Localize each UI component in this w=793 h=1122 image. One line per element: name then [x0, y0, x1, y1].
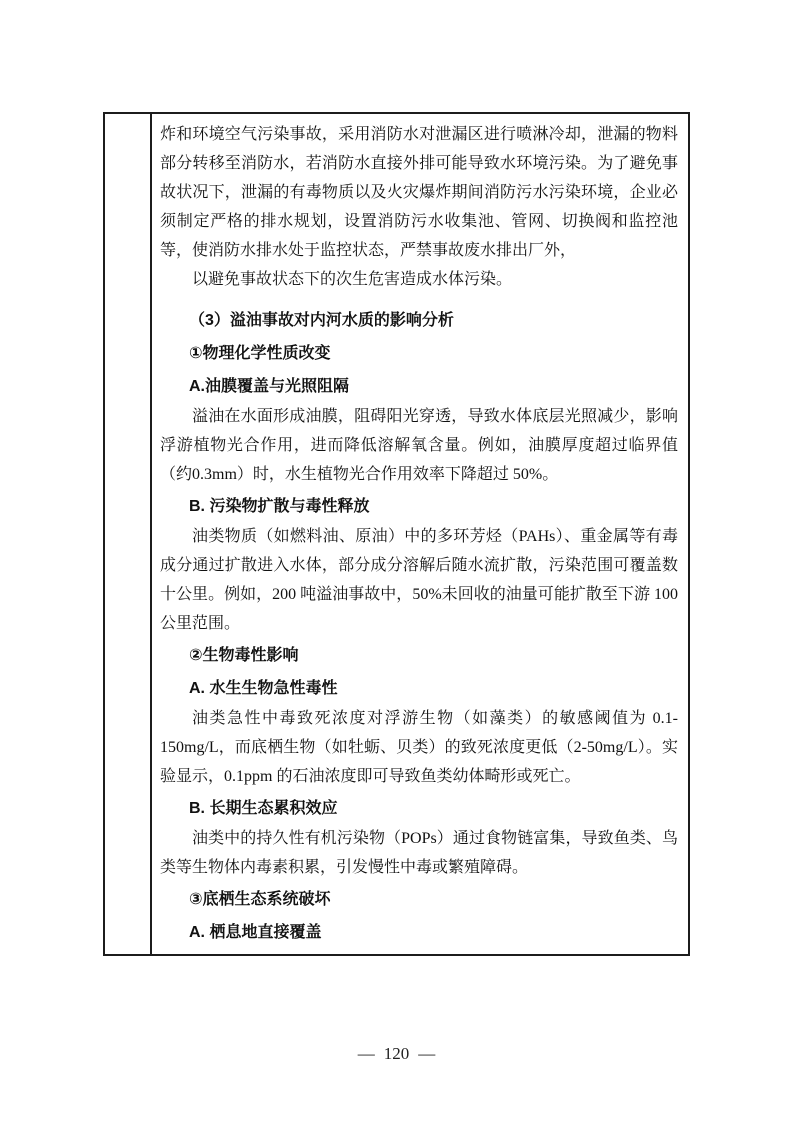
section-heading: A.油膜覆盖与光照阻隔: [160, 371, 678, 402]
page-number: 120: [384, 1044, 410, 1063]
section-heading: （3）溢油事故对内河水质的影响分析: [160, 305, 678, 336]
section-heading: ①物理化学性质改变: [160, 338, 678, 369]
content-table: 炸和环境空气污染事故，采用消防水对泄漏区进行喷淋冷却，泄漏的物料部分转移至消防水…: [103, 112, 690, 956]
footer-dash-right: —: [418, 1044, 435, 1063]
body-paragraph: 油类急性中毒致死浓度对浮游生物（如藻类）的敏感阈值为 0.1-150mg/L，而…: [160, 704, 678, 791]
table-left-cell: [105, 114, 152, 954]
document-page: 炸和环境空气污染事故，采用消防水对泄漏区进行喷淋冷却，泄漏的物料部分转移至消防水…: [0, 0, 793, 1122]
body-paragraph: 炸和环境空气污染事故，采用消防水对泄漏区进行喷淋冷却，泄漏的物料部分转移至消防水…: [160, 120, 678, 265]
section-heading: B. 长期生态累积效应: [160, 793, 678, 824]
body-paragraph: 油类中的持久性有机污染物（POPs）通过食物链富集，导致鱼类、鸟类等生物体内毒素…: [160, 824, 678, 882]
section-heading: A. 水生生物急性毒性: [160, 673, 678, 704]
section-heading: B. 污染物扩散与毒性释放: [160, 491, 678, 522]
section-heading: A. 栖息地直接覆盖: [160, 917, 678, 948]
section-heading: ③底栖生态系统破坏: [160, 884, 678, 915]
table-content-cell: 炸和环境空气污染事故，采用消防水对泄漏区进行喷淋冷却，泄漏的物料部分转移至消防水…: [152, 114, 688, 954]
body-paragraph: 油类物质（如燃料油、原油）中的多环芳烃（PAHs）、重金属等有毒成分通过扩散进入…: [160, 522, 678, 638]
section-heading: ②生物毒性影响: [160, 640, 678, 671]
page-footer: —120—: [0, 1044, 793, 1064]
body-paragraph: 溢油在水面形成油膜，阻碍阳光穿透，导致水体底层光照减少，影响浮游植物光合作用，进…: [160, 402, 678, 489]
footer-dash-left: —: [358, 1044, 375, 1063]
body-paragraph: 以避免事故状态下的次生危害造成水体污染。: [160, 265, 678, 294]
